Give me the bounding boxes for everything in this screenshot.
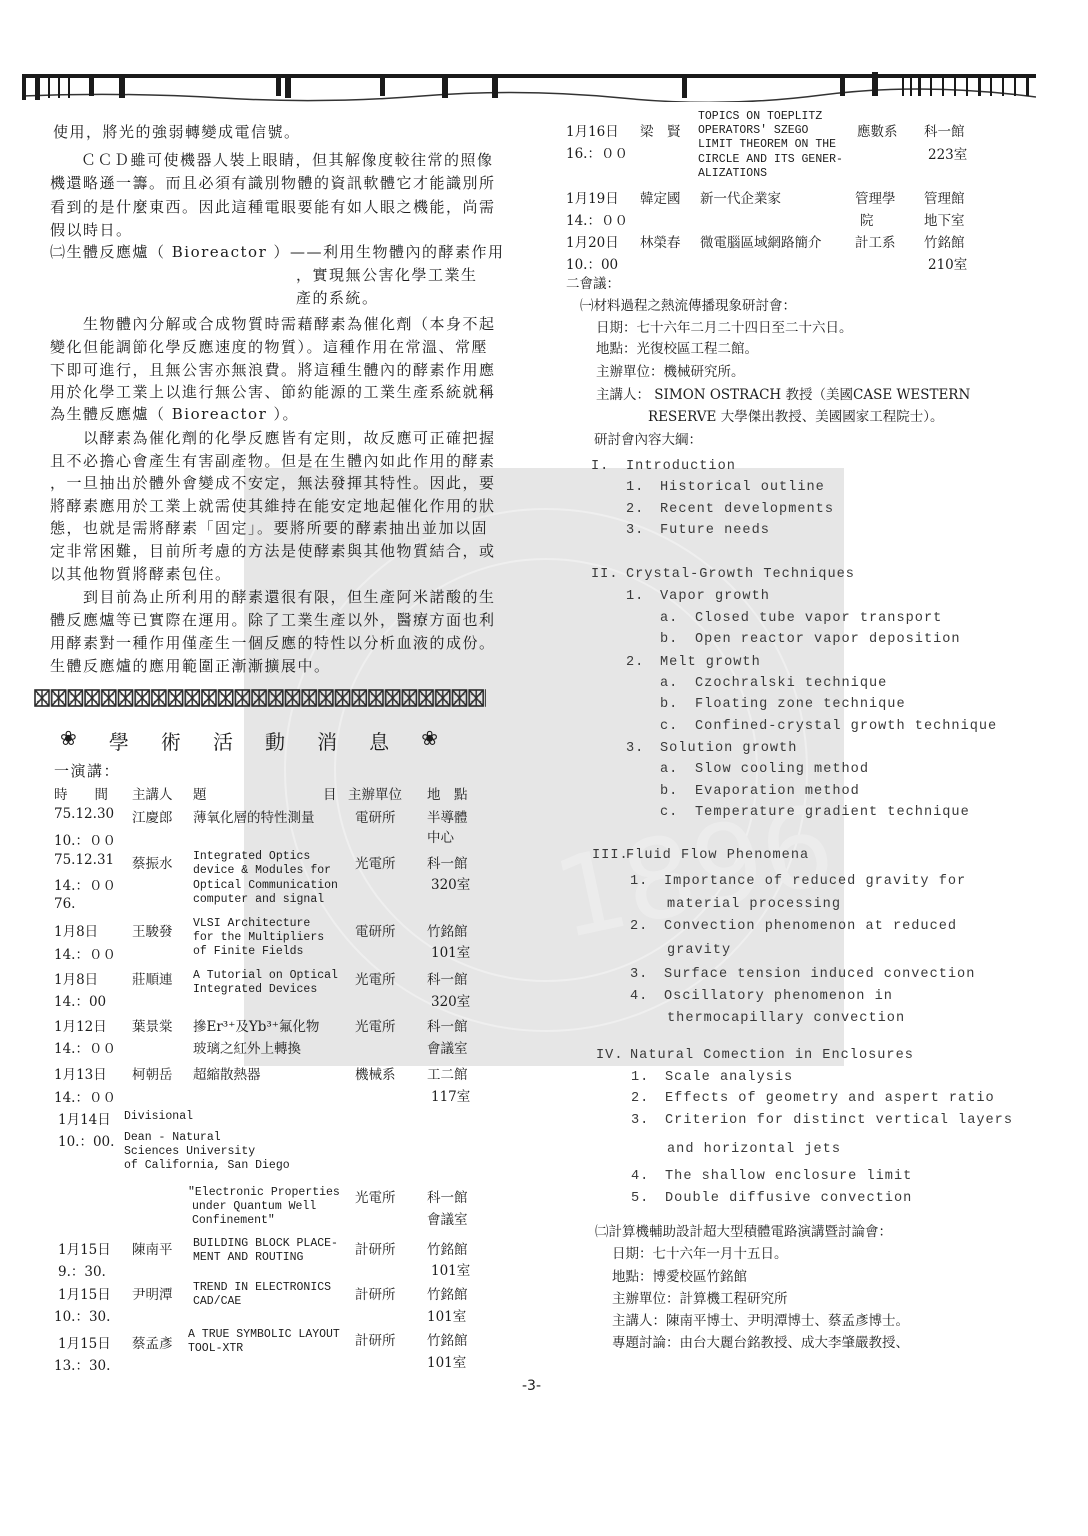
- lecture-location: 竹銘館: [427, 1283, 468, 1303]
- ornamental-divider: [34, 688, 486, 708]
- outline-sub-item: Open reactor vapor deposition: [695, 632, 961, 647]
- conference-place: 地點：光復校區工程二館。: [596, 337, 758, 357]
- lecture-title: of Finite Fields: [193, 945, 303, 960]
- paragraph-line: 假以時日。: [50, 219, 133, 242]
- section-heading-bioreactor-cont: ，實現無公害化學工業生: [296, 264, 478, 287]
- conference-title: ㈠材料過程之熱流傳播現象研討會：: [580, 294, 796, 314]
- outline-item: Melt growth: [660, 655, 761, 670]
- conference-speakers: 主講人：陳南平博士、尹明潭博士、蔡孟彥博士。: [612, 1309, 909, 1329]
- outline-num: 5.: [631, 1191, 649, 1206]
- lecture-time: 9.：30.: [58, 1260, 106, 1280]
- conference-speaker: 主講人： SIMON OSTRACH 教授（美國CASE WESTERN: [596, 383, 970, 403]
- lecture-time: 14.：00: [54, 990, 106, 1010]
- conferences-heading: 二會議：: [566, 272, 620, 292]
- lecture-title: ALIZATIONS: [698, 167, 767, 182]
- lecture-location: 科一館: [427, 968, 468, 988]
- title-char: 術: [161, 726, 183, 755]
- lecture-title: TOOL-XTR: [188, 1342, 243, 1357]
- body-line: 為生體反應爐（ Bioreactor ）。: [50, 403, 299, 426]
- body-line: 將酵素應用於工業上就需使其維持在能安定地起催化作用的狀: [50, 495, 496, 518]
- outline-sub-label: c.: [660, 805, 678, 820]
- lecture-date: 1月19日: [566, 187, 619, 207]
- lecture-year: 76.: [54, 896, 75, 912]
- lecture-time: 10.：００: [54, 829, 116, 849]
- lecture-speaker: 莊順連: [132, 968, 173, 988]
- lecture-location: 320室: [431, 873, 470, 893]
- body-line: 用酵素對一種作用僅產生一個反應的特性以分析血液的成份。: [50, 632, 496, 655]
- lecture-time: 10.：00.: [58, 1130, 114, 1150]
- lecture-speaker: 陳南平: [132, 1238, 173, 1258]
- outline-num: 4.: [630, 989, 648, 1004]
- paragraph-line: ＣＣＤ雖可使機器人裝上眼睛，但其解像度較往常的照像: [81, 149, 494, 172]
- lecture-location: 竹銘館: [427, 1238, 468, 1258]
- outline-section: Fluid Flow Phenomena: [626, 848, 809, 863]
- paragraph-line: 機還略遜一籌。而且必須有識別物體的資訊軟體它才能識別所: [50, 172, 496, 195]
- lecture-title: Confinement": [192, 1214, 275, 1229]
- lecture-speaker: 林榮春: [640, 231, 681, 251]
- lecture-organizer: 電研所: [355, 806, 396, 826]
- lecture-date: 75.12.31: [54, 852, 114, 868]
- conference-organizer: 主辦單位：機械研究所。: [596, 360, 745, 380]
- section-heading-bioreactor: ㈡生體反應爐（ Bioreactor ）——利用生物體內的酵素作用: [50, 241, 505, 264]
- lecture-location: 101室: [427, 1305, 466, 1325]
- outline-item: Surface tension induced convection: [664, 967, 975, 982]
- lecture-title: 玻璃之紅外上轉換: [193, 1037, 301, 1057]
- lecture-date: 1月16日: [566, 120, 619, 140]
- lecture-title: under Quantum Well: [192, 1200, 316, 1215]
- lecture-title: 新一代企業家: [700, 187, 781, 207]
- outline-sub-label: c.: [660, 719, 678, 734]
- outline-num: 2.: [630, 919, 648, 934]
- lecture-date: 1月8日: [54, 920, 98, 940]
- header-location: 地 點: [427, 783, 468, 803]
- outline-item: Vapor growth: [660, 589, 770, 604]
- lecture-date: 1月12日: [54, 1015, 107, 1035]
- lecture-title: 薄氧化層的特性測量: [193, 806, 315, 826]
- lecture-location: 會議室: [427, 1037, 468, 1057]
- outline-sub-label: a.: [660, 611, 678, 626]
- outline-num: 2.: [626, 655, 644, 670]
- outline-roman: II.: [591, 567, 618, 582]
- lecture-date: 1月15日: [58, 1332, 111, 1352]
- outline-item: Convection phenomenon at reduced: [664, 919, 957, 934]
- outline-item: Recent developments: [660, 502, 834, 517]
- conference-speaker: RESERVE 大學傑出教授、美國國家工程院士）。: [648, 405, 943, 425]
- lecture-title: TREND IN ELECTRONICS: [193, 1281, 331, 1296]
- lecture-location: 101室: [431, 1259, 470, 1279]
- outline-item-cont: thermocapillary convection: [667, 1011, 905, 1026]
- outline-num: 3.: [626, 523, 644, 538]
- outline-item: Scale analysis: [665, 1070, 793, 1085]
- conference-date: 日期：七十六年二月二十四日至二十六日。: [596, 316, 853, 336]
- lecture-date: 1月20日: [566, 231, 619, 251]
- lecture-title: 微電腦區域網路簡介: [700, 231, 822, 251]
- lecture-organizer: 光電所: [355, 852, 396, 872]
- outline-num: 3.: [626, 741, 644, 756]
- title-char: 活: [213, 726, 235, 755]
- outline-section: Introduction: [626, 459, 736, 474]
- lecture-organizer: 計研所: [355, 1329, 396, 1349]
- outline-item: Effects of geometry and aspert ratio: [665, 1091, 995, 1106]
- lecture-organizer: 計工系: [855, 231, 896, 251]
- lecture-title: for the Multipliers: [193, 931, 324, 946]
- outline-item: Double diffusive convection: [665, 1191, 912, 1206]
- lecture-location: 工二館: [427, 1063, 468, 1083]
- outline-num: 2.: [626, 502, 644, 517]
- conference-organizer: 主辦單位：計算機工程研究所: [612, 1287, 788, 1307]
- lecture-organizer: 應數系: [857, 120, 898, 140]
- speaker-affiliation: Dean - Natural: [124, 1131, 221, 1146]
- body-line: 體反應爐等已實際在運用。除了工業生產以外，醫療方面也利: [50, 609, 496, 632]
- speaker-affiliation: Sciences University: [124, 1145, 255, 1160]
- header-decorative-border: [22, 72, 1036, 102]
- outline-num: 4.: [631, 1169, 649, 1184]
- lecture-location: 101室: [431, 941, 470, 961]
- header-title: 題: [193, 783, 207, 803]
- title-char: 學: [109, 726, 131, 755]
- outline-section: Crystal-Growth Techniques: [626, 567, 855, 582]
- lecture-title: OPERATORS' SZEGO: [698, 124, 808, 139]
- outline-sub-label: a.: [660, 762, 678, 777]
- body-line: 生體反應爐的應用範圍正漸漸擴展中。: [50, 655, 331, 678]
- speaker-affiliation: of California, San Diego: [124, 1159, 290, 1174]
- lecture-location: 210室: [928, 253, 967, 273]
- outline-sub-item: Confined-crystal growth technique: [695, 719, 997, 734]
- outline-sub-item: Temperature gradient technique: [695, 805, 970, 820]
- outline-item: Importance of reduced gravity for: [664, 874, 966, 889]
- lecture-time: 14.：００: [54, 1037, 116, 1057]
- body-line: 以其他物質將酵素包住。: [50, 563, 232, 586]
- lecture-title: VLSI Architecture: [193, 917, 310, 932]
- outline-sub-item: Czochralski technique: [695, 676, 887, 691]
- lecture-title: CAD/CAE: [193, 1295, 241, 1310]
- lecture-location: 中心: [427, 826, 454, 846]
- outline-sub-label: a.: [660, 676, 678, 691]
- page-number: -3-: [522, 1378, 541, 1394]
- lecture-date: 1月14日: [58, 1108, 111, 1128]
- lecture-title: 超縮散熱器: [193, 1063, 261, 1083]
- conference-date: 日期：七十六年一月十五日。: [612, 1242, 788, 1262]
- outline-num: 2.: [631, 1091, 649, 1106]
- lecture-location: 竹銘館: [427, 1329, 468, 1349]
- lecture-speaker: 蔡振水: [132, 852, 173, 872]
- lecture-title: A Tutorial on Optical: [193, 969, 338, 984]
- lecture-organizer: 管理學: [855, 187, 896, 207]
- body-line: 變化但能調節化學反應速度的物質）。這種作用在常溫、常壓: [50, 336, 488, 359]
- lecture-title: "Electronic Properties: [188, 1186, 340, 1201]
- lecture-date: 1月15日: [58, 1283, 111, 1303]
- lecture-location: 320室: [431, 990, 470, 1010]
- outline-sub-item: Closed tube vapor transport: [695, 611, 942, 626]
- lecture-speaker: 韓定國: [640, 187, 681, 207]
- header-organizer: 主辦單位: [348, 783, 402, 803]
- lecture-location: 竹銘館: [427, 920, 468, 940]
- lecture-title: Integrated Optics: [193, 850, 310, 865]
- flower-ornament-icon: ❀: [60, 726, 79, 755]
- body-line: 下即可進行，且無公害亦無浪費。將這種生體內的酵素作用應: [50, 359, 496, 382]
- outline-num: 1.: [631, 1070, 649, 1085]
- outline-roman: I.: [591, 459, 609, 474]
- outline-item: Solution growth: [660, 741, 797, 756]
- outline-num: 1.: [630, 874, 648, 889]
- outline-item: Oscillatory phenomenon in: [664, 989, 893, 1004]
- body-line: 到目前為止所利用的酵素還很有限，但生產阿米諾酸的生: [50, 586, 496, 609]
- lecture-speaker: 尹明潭: [132, 1283, 173, 1303]
- lecture-location: 會議室: [427, 1208, 468, 1228]
- outline-roman: III.: [592, 848, 629, 863]
- speaker-affiliation: Divisional: [124, 1110, 193, 1125]
- lecture-time: 14.：００: [54, 943, 116, 963]
- lecture-location: 半導體: [427, 806, 468, 826]
- lecture-title: device & Modules for: [193, 864, 331, 879]
- lecture-organizer: 機械系: [355, 1063, 396, 1083]
- lecture-organizer: 光電所: [355, 1186, 396, 1206]
- lecture-location: 科一館: [924, 120, 965, 140]
- outline-item: The shallow enclosure limit: [665, 1169, 912, 1184]
- body-line: 以酵素為催化劑的化學反應皆有定則，故反應可正確把握: [50, 427, 496, 450]
- flower-ornament-icon: ❀: [421, 726, 440, 755]
- lecture-location: 101室: [427, 1351, 466, 1371]
- lecture-time: 16.：００: [566, 142, 628, 162]
- lecture-title: CIRCLE AND ITS GENER-: [698, 153, 843, 168]
- paragraph-line: 看到的是什麼東西。因此這種電眼要能有如人眼之機能，尚需: [50, 196, 496, 219]
- outline-sub-item: Evaporation method: [695, 784, 860, 799]
- body-line: 且不必擔心會產生有害副產物。但是在生體內如此作用的酵素: [50, 450, 496, 473]
- lectures-heading: 一演講：: [54, 760, 120, 783]
- lecture-speaker: 王駿發: [132, 920, 173, 940]
- outline-heading: 研討會內容大綱：: [594, 428, 702, 448]
- lecture-location: 117室: [431, 1085, 470, 1105]
- lecture-title: Optical Communication: [193, 879, 338, 894]
- title-char: 消: [317, 726, 339, 755]
- lecture-date: 1月15日: [58, 1238, 111, 1258]
- lecture-location: 科一館: [427, 852, 468, 872]
- outline-sub-label: b.: [660, 697, 678, 712]
- lecture-organizer: 電研所: [355, 920, 396, 940]
- lecture-location: 223室: [928, 143, 967, 163]
- outline-sub-label: b.: [660, 784, 678, 799]
- title-char: 動: [265, 726, 287, 755]
- section-heading-bioreactor-cont: 產的系統。: [296, 287, 379, 310]
- lecture-date: 1月13日: [54, 1063, 107, 1083]
- conference-title: ㈡計算機輔助設計超大型積體電路演講暨討論會：: [595, 1220, 892, 1240]
- lecture-date: 1月8日: [54, 968, 98, 988]
- lecture-time: 14.：００: [566, 209, 628, 229]
- outline-num: 3.: [630, 967, 648, 982]
- body-line: 用於化學工業上以進行無公害、節約能源的工業生產系統就稱: [50, 381, 496, 404]
- lecture-time: 13.：30.: [54, 1354, 110, 1374]
- outline-item-cont: gravity: [667, 943, 731, 958]
- lecture-title: BUILDING BLOCK PLACE-: [193, 1237, 338, 1252]
- outline-sub-item: Floating zone technique: [695, 697, 906, 712]
- lecture-organizer: 計研所: [355, 1283, 396, 1303]
- lecture-time: 14.：００: [54, 874, 116, 894]
- outline-sub-label: b.: [660, 632, 678, 647]
- lecture-location: 竹銘館: [924, 231, 965, 251]
- lecture-organizer: 院: [860, 209, 874, 229]
- lecture-speaker: 葉景棠: [132, 1015, 173, 1035]
- paragraph-line: 使用，將光的強弱轉變成電信號。: [53, 121, 301, 144]
- lecture-title: Integrated Devices: [193, 983, 317, 998]
- lecture-time: 14.：００: [54, 1086, 116, 1106]
- lecture-location: 科一館: [427, 1015, 468, 1035]
- lecture-location: 管理館: [924, 187, 965, 207]
- lecture-speaker: 柯朝岳: [132, 1063, 173, 1083]
- lecture-organizer: 計研所: [355, 1238, 396, 1258]
- lecture-title: TOPICS ON TOEPLITZ: [698, 110, 822, 125]
- lecture-organizer: 光電所: [355, 1015, 396, 1035]
- lecture-speaker: 江慶郎: [132, 806, 173, 826]
- lecture-title: computer and signal: [193, 893, 324, 908]
- outline-roman: IV.: [596, 1048, 623, 1063]
- lecture-date: 75.12.30: [54, 806, 114, 822]
- outline-item: Future needs: [660, 523, 770, 538]
- conference-panel: 專題討論：由台大麗台銘教授、成大李肇嚴教授、: [612, 1331, 909, 1351]
- lecture-location: 地下室: [924, 209, 965, 229]
- outline-item: Criterion for distinct vertical layers: [665, 1113, 1013, 1128]
- lecture-title: A TRUE SYMBOLIC LAYOUT: [188, 1328, 340, 1343]
- lecture-organizer: 光電所: [355, 968, 396, 988]
- outline-num: 3.: [631, 1113, 649, 1128]
- lecture-title: 摻Er³⁺及Yb³⁺氟化物: [193, 1015, 319, 1035]
- body-line: 態，也就是需將酵素「固定」。要將所要的酵素抽出並加以固: [50, 517, 488, 540]
- outline-item-cont: material processing: [667, 897, 841, 912]
- outline-section: Natural Comection in Enclosures: [630, 1048, 914, 1063]
- header-speaker: 主講人: [132, 783, 173, 803]
- body-line: 定非常困難，目前所考慮的方法是使酵素與其他物質結合，或: [50, 540, 496, 563]
- lecture-title: LIMIT THEOREM ON THE: [698, 138, 836, 153]
- lecture-location: 科一館: [427, 1186, 468, 1206]
- header-time: 時 間: [54, 783, 108, 803]
- academic-news-title: ❀ 學 術 活 動 消 息 ❀: [60, 726, 440, 755]
- outline-item-cont: and horizontal jets: [667, 1142, 841, 1157]
- outline-num: 1.: [626, 480, 644, 495]
- lecture-speaker: 蔡孟彥: [132, 1332, 173, 1352]
- lecture-time: 10.：30.: [54, 1305, 110, 1325]
- body-line: 生物體內分解或合成物質時需藉酵素為催化劑（本身不起: [50, 313, 496, 336]
- lecture-speaker: 梁 賢: [640, 120, 681, 140]
- body-line: ，一旦抽出於體外會變成不安定，無法發揮其特性。因此，要: [50, 472, 496, 495]
- header-title: 目: [323, 783, 337, 803]
- outline-sub-item: Slow cooling method: [695, 762, 869, 777]
- title-char: 息: [369, 726, 391, 755]
- lecture-title: MENT AND ROUTING: [193, 1251, 303, 1266]
- outline-item: Historical outline: [660, 480, 825, 495]
- lecture-time: 10.：00: [566, 253, 618, 273]
- conference-place: 地點：博愛校區竹銘館: [612, 1265, 747, 1285]
- outline-num: 1.: [626, 589, 644, 604]
